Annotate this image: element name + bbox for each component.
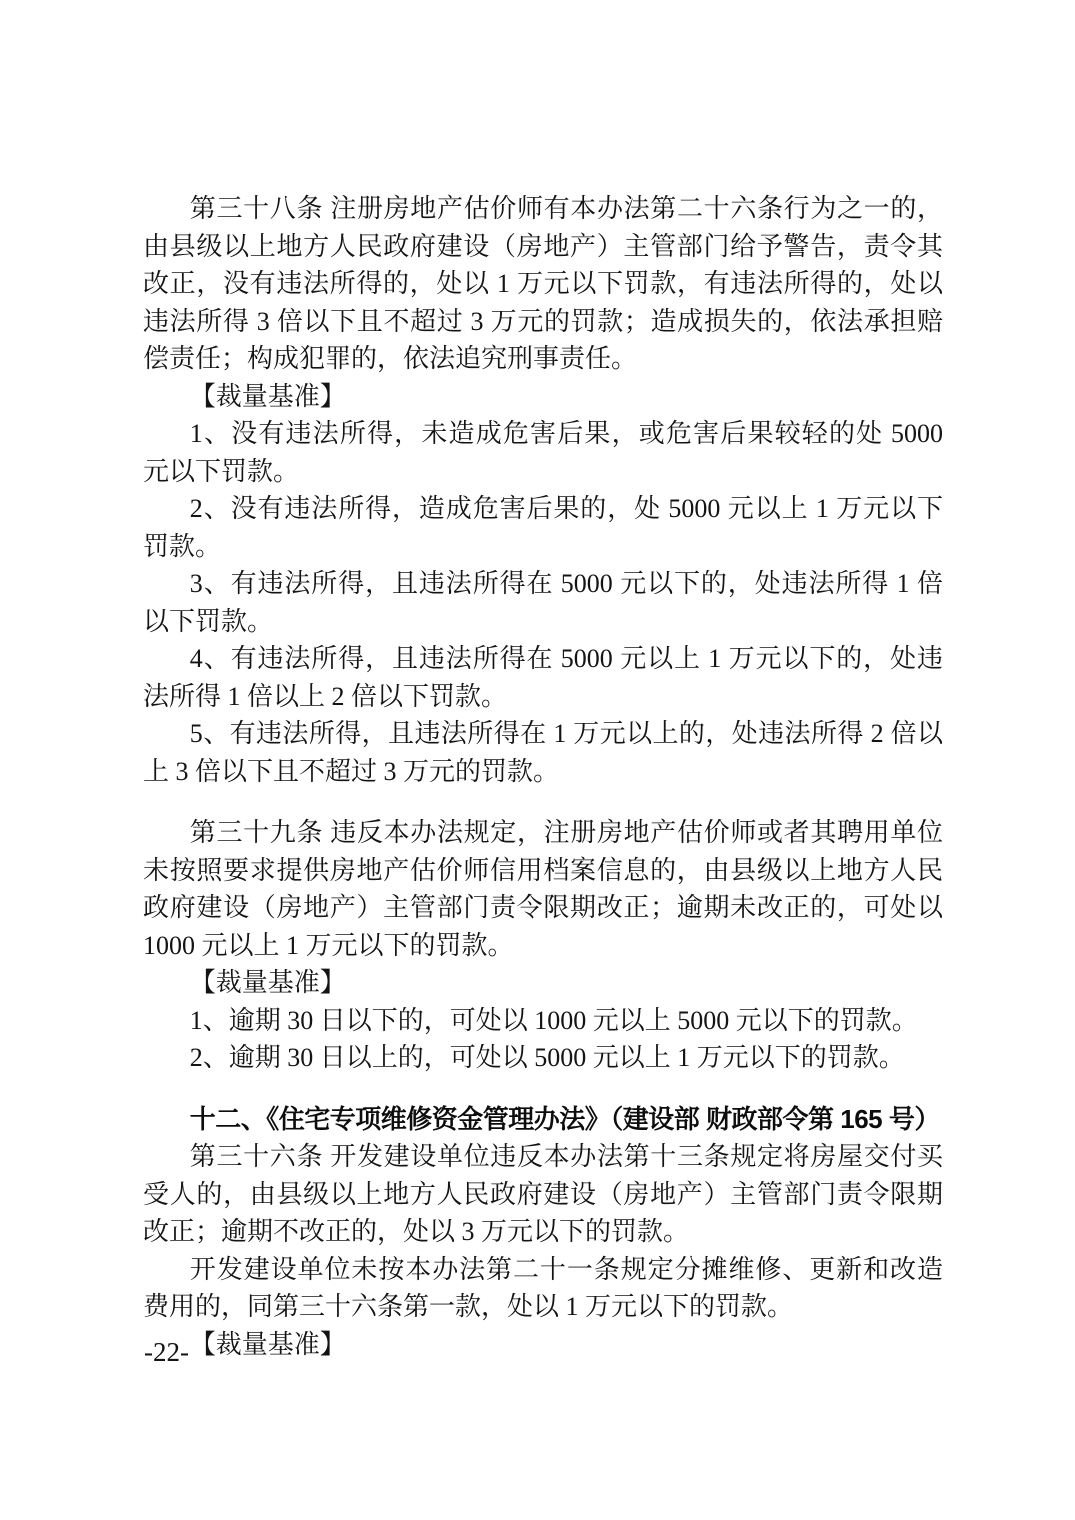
blank-line — [143, 1077, 943, 1101]
document-body: 第三十八条 注册房地产估价师有本办法第二十六条行为之一的，由县级以上地方人民政府… — [143, 190, 943, 1363]
article-38-benchmark-item-5: 5、有违法所得，且违法所得在 1 万元以上的，处违法所得 2 倍以上 3 倍以下… — [143, 715, 943, 790]
article-38-benchmark-item-2: 2、没有违法所得，造成危害后果的，处 5000 元以上 1 万元以下罚款。 — [143, 490, 943, 565]
article-36-para-1: 第三十六条 开发建设单位违反本办法第十三条规定将房屋交付买受人的，由县级以上地方… — [143, 1138, 943, 1251]
article-38-benchmark-item-1: 1、没有违法所得，未造成危害后果，或危害后果较轻的处 5000 元以下罚款。 — [143, 415, 943, 490]
article-38-benchmark-label: 【裁量基准】 — [143, 378, 943, 416]
article-36-benchmark-label: 【裁量基准】 — [143, 1326, 943, 1364]
article-38-benchmark-item-3: 3、有违法所得，且违法所得在 5000 元以下的，处违法所得 1 倍以下罚款。 — [143, 565, 943, 640]
document-page: 第三十八条 注册房地产估价师有本办法第二十六条行为之一的，由县级以上地方人民政府… — [0, 0, 1075, 1520]
blank-line — [143, 790, 943, 814]
article-39-benchmark-label: 【裁量基准】 — [143, 964, 943, 1002]
page-number: -22- — [144, 1337, 189, 1368]
article-39-benchmark-item-2: 2、逾期 30 日以上的，可处以 5000 元以上 1 万元以下的罚款。 — [143, 1039, 943, 1077]
article-38-benchmark-item-4: 4、有违法所得，且违法所得在 5000 元以上 1 万元以下的，处违法所得 1 … — [143, 640, 943, 715]
article-36-para-2: 开发建设单位未按本办法第二十一条规定分摊维修、更新和改造费用的，同第三十六条第一… — [143, 1251, 943, 1326]
article-39-benchmark-item-1: 1、逾期 30 日以下的，可处以 1000 元以上 5000 元以下的罚款。 — [143, 1002, 943, 1040]
section-12-heading: 十二、《住宅专项维修资金管理办法》（建设部 财政部令第 165 号） — [143, 1101, 943, 1139]
article-39-body: 第三十九条 违反本办法规定，注册房地产估价师或者其聘用单位未按照要求提供房地产估… — [143, 814, 943, 964]
article-38-body: 第三十八条 注册房地产估价师有本办法第二十六条行为之一的，由县级以上地方人民政府… — [143, 190, 943, 378]
